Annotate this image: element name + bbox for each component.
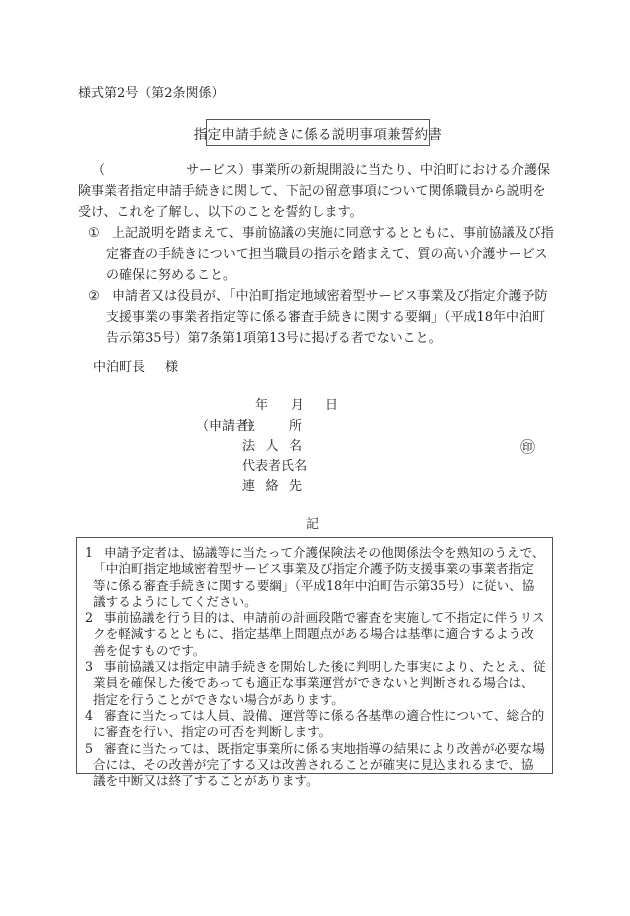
corporation-name-label: 法 人 名	[242, 437, 302, 457]
addressee-honorific: 様	[165, 360, 178, 375]
date-month-label: 月	[291, 394, 325, 413]
date-day-label: 日	[325, 394, 338, 413]
label-char: 名	[294, 457, 307, 477]
document-title-box: 指定申請手続きに係る説明事項兼誓約書	[206, 119, 430, 146]
applicant-block: （申請者） 住 所 法 人 名 代 表 者 氏 名 連 絡 先	[196, 417, 302, 497]
note-text: 審査に当たっては人員、設備、運営等に係る各基準の適合性について、総合的に審査を行…	[93, 708, 544, 739]
note-item-4: 4審査に当たっては人員、設備、運営等に係る各基準の適合性について、総合的に審査を…	[85, 708, 546, 741]
applicant-row-representative: 代 表 者 氏 名	[196, 457, 302, 477]
note-text: 申請予定者は、協議等に当たって介護保険法その他関係法令を熟知のうえで、「中泊町指…	[93, 545, 545, 609]
label-char: 名	[289, 437, 302, 457]
note-item-2: 2事前協議を行う目的は、申請前の計画段階で審査を実施して不指定に伴うリスクを軽減…	[85, 610, 546, 659]
addressee: 中泊町長様	[93, 356, 178, 375]
representative-name-label: 代 表 者 氏 名	[242, 457, 302, 477]
label-char: 氏	[281, 457, 294, 477]
note-number: 2	[85, 610, 104, 626]
contact-label: 連 絡 先	[242, 477, 302, 497]
label-char: 人	[265, 437, 278, 457]
pledge-number: ①	[88, 223, 112, 244]
address-label: 住 所	[242, 417, 302, 437]
label-char: 先	[289, 477, 302, 497]
intro-section: （サービス）事業所の新規開設に当たり、中泊町における介護保険事業者指定申請手続き…	[78, 160, 554, 349]
service-type-blank: （	[78, 160, 186, 181]
applicant-prefix: （申請者）	[196, 417, 242, 437]
label-char: 絡	[265, 477, 278, 497]
addressee-name: 中泊町長	[93, 360, 145, 375]
note-item-1: 1申請予定者は、協議等に当たって介護保険法その他関係法令を熟知のうえで、「中泊町…	[85, 545, 546, 610]
label-char: 代	[242, 457, 255, 477]
applicant-row-address: （申請者） 住 所	[196, 417, 302, 437]
label-char: 住	[242, 417, 255, 437]
date-field: 年月日	[255, 394, 338, 413]
note-item-3: 3事前協議又は指定申請手続きを開始した後に判明した事実により、たとえ、従業員を確…	[85, 659, 546, 708]
applicant-row-contact: 連 絡 先	[196, 477, 302, 497]
notes-heading: 記	[306, 513, 319, 532]
note-text: 事前協議を行う目的は、申請前の計画段階で審査を実施して不指定に伴うリスクを軽減す…	[93, 610, 545, 658]
seal-icon: ㊞	[520, 436, 535, 457]
applicant-row-corporation: 法 人 名	[196, 437, 302, 457]
form-number: 様式第2号（第2条関係）	[78, 82, 225, 101]
label-char: 連	[242, 477, 255, 497]
note-number: 3	[85, 659, 104, 675]
label-char: 法	[242, 437, 255, 457]
pledge-text: 申請者又は役員が、「中泊町指定地域密着型サービス事業及び指定介護予防支援事業の事…	[106, 289, 548, 346]
date-year-label: 年	[255, 394, 291, 413]
note-item-5: 5審査に当たっては、既指定事業所に係る実地指導の結果により改善が必要な場合には、…	[85, 741, 546, 790]
note-number: 5	[85, 741, 104, 757]
intro-paragraph: （サービス）事業所の新規開設に当たり、中泊町における介護保険事業者指定申請手続き…	[78, 160, 554, 223]
pledge-number: ②	[88, 286, 112, 307]
notes-box: 1申請予定者は、協議等に当たって介護保険法その他関係法令を熟知のうえで、「中泊町…	[76, 537, 553, 774]
note-number: 1	[85, 545, 104, 561]
note-text: 事前協議又は指定申請手続きを開始した後に判明した事実により、たとえ、従業員を確保…	[93, 659, 546, 707]
note-text: 審査に当たっては、既指定事業所に係る実地指導の結果により改善が必要な場合には、そ…	[93, 741, 545, 789]
note-number: 4	[85, 708, 104, 724]
label-char: 者	[268, 457, 281, 477]
pledge-item-2: ②申請者又は役員が、「中泊町指定地域密着型サービス事業及び指定介護予防支援事業の…	[78, 286, 554, 349]
pledge-item-1: ①上記説明を踏まえて、事前協議の実施に同意するとともに、事前協議及び指定審査の手…	[78, 223, 554, 286]
label-char: 所	[289, 417, 302, 437]
label-char: 表	[255, 457, 268, 477]
pledge-text: 上記説明を踏まえて、事前協議の実施に同意するとともに、事前協議及び指定審査の手続…	[106, 226, 554, 283]
document-title: 指定申請手続きに係る説明事項兼誓約書	[194, 123, 442, 143]
